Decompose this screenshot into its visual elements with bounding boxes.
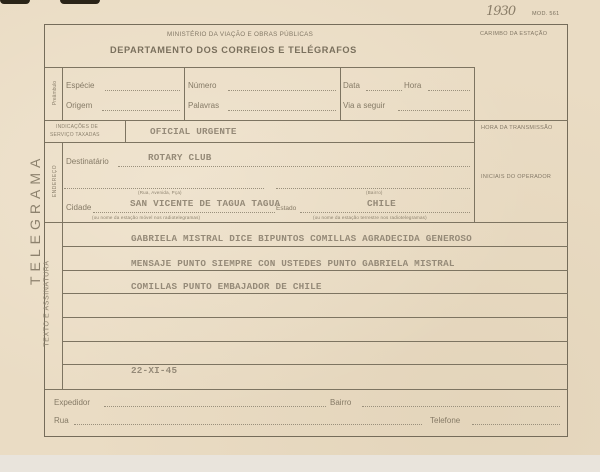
- stamp-box-label: CARIMBO DA ESTAÇÃO: [480, 31, 547, 37]
- indicacoes-value: OFICIAL URGENTE: [150, 126, 237, 137]
- numero-label: Número: [188, 81, 216, 90]
- message-line: COMILLAS PUNTO EMBAJADOR DE CHILE: [131, 281, 322, 292]
- estado-label: Estado: [276, 205, 296, 212]
- estado-value: CHILE: [367, 198, 396, 209]
- telegram-paper: 1930 MOD. 561 TELEGRAMA MINISTÉRIO DA VI…: [0, 0, 600, 455]
- message-line: GABRIELA MISTRAL DICE BIPUNTOS COMILLAS …: [131, 233, 472, 244]
- iniciais-operador-label: INICIAIS DO OPERADOR: [481, 174, 551, 180]
- bairro-label: Bairro: [330, 398, 351, 407]
- side-title: TELEGRAMA: [27, 195, 43, 285]
- ministry-title: MINISTÉRIO DA VIAÇÃO E OBRAS PÚBLICAS: [167, 31, 313, 38]
- department-title: DEPARTAMENTO DOS CORREIOS E TELÉGRAFOS: [110, 45, 357, 55]
- destinatario-field[interactable]: [118, 166, 470, 167]
- rua-footer-field[interactable]: [74, 424, 422, 425]
- bairro-hint: (Bairro): [366, 190, 383, 195]
- telefone-label: Telefone: [430, 416, 460, 425]
- scan-edge-mark: [60, 0, 100, 4]
- form-border: [44, 24, 568, 437]
- cidade-hint: (ou nome da estação móvel nos radioteleg…: [92, 215, 200, 220]
- via-label: Via a seguir: [343, 101, 385, 110]
- cidade-label: Cidade: [66, 203, 91, 212]
- bairro-field[interactable]: [276, 188, 470, 189]
- rua-field[interactable]: [64, 188, 264, 189]
- form-model: MOD. 561: [532, 11, 559, 17]
- estado-field[interactable]: [300, 212, 470, 213]
- rua-hint: (Rua, Avenida, Pça): [138, 190, 182, 195]
- indicacoes-label-1: INDICAÇÕES DE: [56, 124, 98, 130]
- texto-label: TEXTO E ASSINATURA: [44, 234, 51, 374]
- telefone-field[interactable]: [472, 424, 560, 425]
- rua-label: Rua: [54, 416, 69, 425]
- especie-label: Espécie: [66, 81, 94, 90]
- endereco-label: ENDEREÇO: [52, 153, 58, 209]
- via-field[interactable]: [398, 110, 470, 111]
- data-label: Data: [343, 81, 360, 90]
- numero-field[interactable]: [228, 90, 336, 91]
- hora-transmissao-label: HORA DA TRANSMISSÃO: [481, 125, 553, 131]
- origem-label: Origem: [66, 101, 92, 110]
- palavras-field[interactable]: [228, 110, 336, 111]
- message-date: 22-XI-45: [131, 365, 177, 376]
- message-line: MENSAJE PUNTO SIEMPRE CON USTEDES PUNTO …: [131, 258, 455, 269]
- scan-edge-mark: [0, 0, 30, 4]
- hora-field[interactable]: [428, 90, 470, 91]
- destinatario-value: ROTARY CLUB: [148, 152, 212, 163]
- palavras-label: Palavras: [188, 101, 219, 110]
- data-field[interactable]: [366, 90, 402, 91]
- estado-hint: (ou nome da estação terrestre nos radiot…: [313, 215, 427, 220]
- indicacoes-label-2: SERVIÇO TAXADAS: [50, 132, 100, 138]
- expedidor-field[interactable]: [104, 406, 326, 407]
- destinatario-label: Destinatário: [66, 157, 109, 166]
- cidade-value: SAN VICENTE DE TAGUA TAGUA: [130, 198, 280, 209]
- cidade-field[interactable]: [93, 212, 275, 213]
- expedidor-label: Expedidor: [54, 398, 90, 407]
- handwritten-number: 1930: [486, 4, 515, 19]
- preambulo-label: Preâmbulo: [52, 68, 58, 118]
- origem-field[interactable]: [102, 110, 180, 111]
- hora-label: Hora: [404, 81, 421, 90]
- especie-field[interactable]: [105, 90, 180, 91]
- bairro-footer-field[interactable]: [362, 406, 560, 407]
